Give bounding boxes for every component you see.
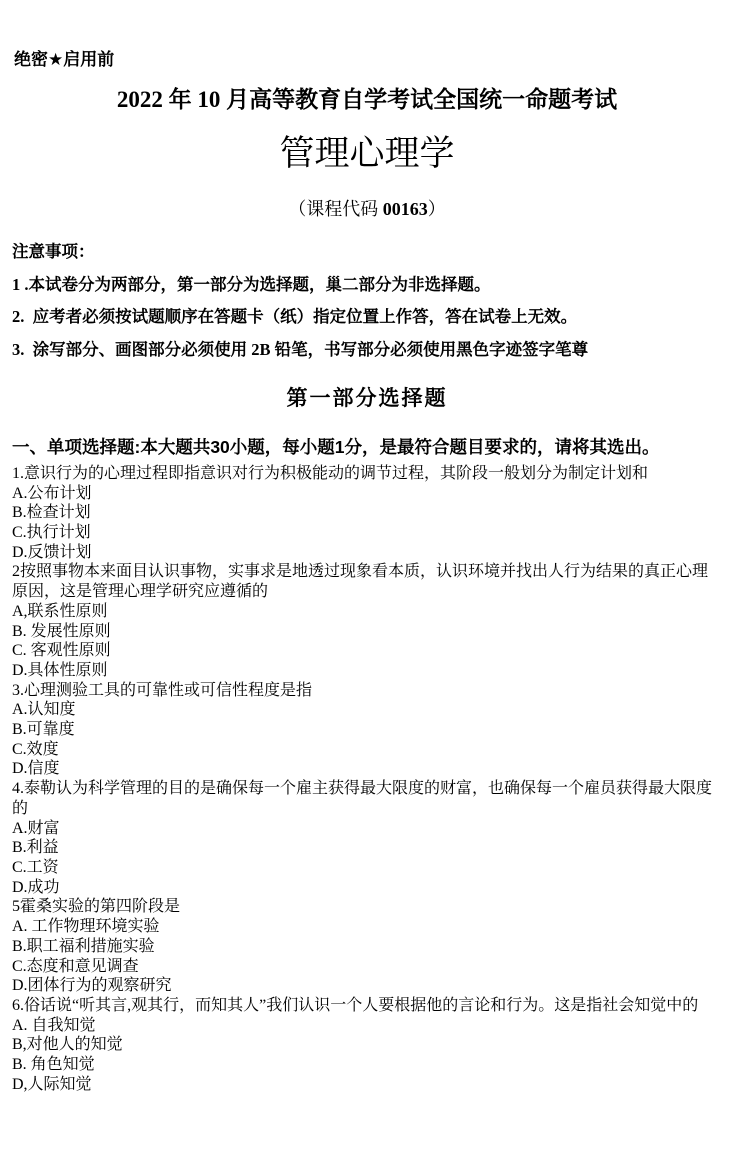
option-item: B. 角色知觉 [12,1055,722,1075]
option-item: A.财富 [12,819,722,839]
option-item: A.认知度 [12,700,722,720]
exam-title: 2022 年 10 月高等教育自学考试全国统一命题考试 [12,86,722,115]
section-one-intro: 一、单项选择题:本大题共30小题，每小题1分，是最符合题目要求的，请将其选出。 [12,436,722,459]
option-item: D.具体性原则 [12,661,722,681]
option-item: A. 自我知觉 [12,1016,722,1036]
option-item: C. 客观性原则 [12,641,722,661]
option-item: D.信度 [12,759,722,779]
option-item: C.效度 [12,740,722,760]
question-stem: 5霍桑实验的第四阶段是 [12,897,722,917]
notes-heading: 注意事项： [12,242,722,263]
note-item: 2. 应考者必须按试题顺序在答题卡（纸）指定位置上作答，答在试卷上无效。 [12,307,722,328]
option-item: B.检查计划 [12,503,722,523]
option-item: D,人际知觉 [12,1075,722,1095]
course-code-suffix: ） [428,199,446,219]
option-item: C.执行计划 [12,523,722,543]
option-item: B. 发展性原则 [12,622,722,642]
option-item: A.公布计划 [12,484,722,504]
question-block: 2按照事物本来面目认识事物，实事求是地透过现象看本质，认识环境并找出人行为结果的… [12,562,722,680]
note-item: 1 .本试卷分为两部分，第一部分为选择题，巢二部分为非选择题。 [12,275,722,296]
exam-paper-page: 绝密★启用前 2022 年 10 月高等教育自学考试全国统一命题考试 管理心理学… [0,0,732,1150]
option-item: B.利益 [12,838,722,858]
question-stem: 4.泰勒认为科学管理的目的是确保每一个雇主获得最大限度的财富，也确保每一个雇员获… [12,779,722,818]
course-code-prefix: （课程代码 [288,199,383,219]
question-block: 6.俗话说“听其言,观其行，而知其人”我们认识一个人要根据他的言论和行为。这是指… [12,996,722,1095]
option-item: B,对他人的知觉 [12,1035,722,1055]
option-item: C.态度和意见调查 [12,957,722,977]
option-item: A,联系性原则 [12,602,722,622]
question-stem: 1.意识行为的心理过程即指意识对行为积极能动的调节过程，其阶段一般划分为制定计划… [12,464,722,484]
option-item: B.职工福利措施实验 [12,937,722,957]
question-block: 1.意识行为的心理过程即指意识对行为积极能动的调节过程，其阶段一般划分为制定计划… [12,464,722,563]
question-list: 1.意识行为的心理过程即指意识对行为积极能动的调节过程，其阶段一般划分为制定计划… [12,464,722,1095]
option-item: D.反馈计划 [12,543,722,563]
course-code-value: 00163 [383,199,428,219]
section-one-heading: 第一部分选择题 [12,385,722,412]
option-item: C.工资 [12,858,722,878]
note-item: 3. 涂写部分、画图部分必须使用 2B 铅笔，书写部分必须使用黑色字迹签字笔尊 [12,340,722,361]
option-item: B.可靠度 [12,720,722,740]
subject-title: 管理心理学 [12,131,722,177]
option-item: D.团体行为的观察研究 [12,976,722,996]
option-item: A. 工作物理环境实验 [12,917,722,937]
question-block: 5霍桑实验的第四阶段是 A. 工作物理环境实验 B.职工福利措施实验 C.态度和… [12,897,722,996]
question-block: 3.心理测验工具的可靠性或可信性程度是指 A.认知度 B.可靠度 C.效度 D.… [12,681,722,780]
option-item: D.成功 [12,878,722,898]
security-classification-label: 绝密★启用前 [14,50,722,70]
question-stem: 6.俗话说“听其言,观其行，而知其人”我们认识一个人要根据他的言论和行为。这是指… [12,996,722,1016]
question-block: 4.泰勒认为科学管理的目的是确保每一个雇主获得最大限度的财富，也确保每一个雇员获… [12,779,722,897]
question-stem: 3.心理测验工具的可靠性或可信性程度是指 [12,681,722,701]
course-code-line: （课程代码 00163） [12,198,722,221]
question-stem: 2按照事物本来面目认识事物，实事求是地透过现象看本质，认识环境并找出人行为结果的… [12,562,722,601]
